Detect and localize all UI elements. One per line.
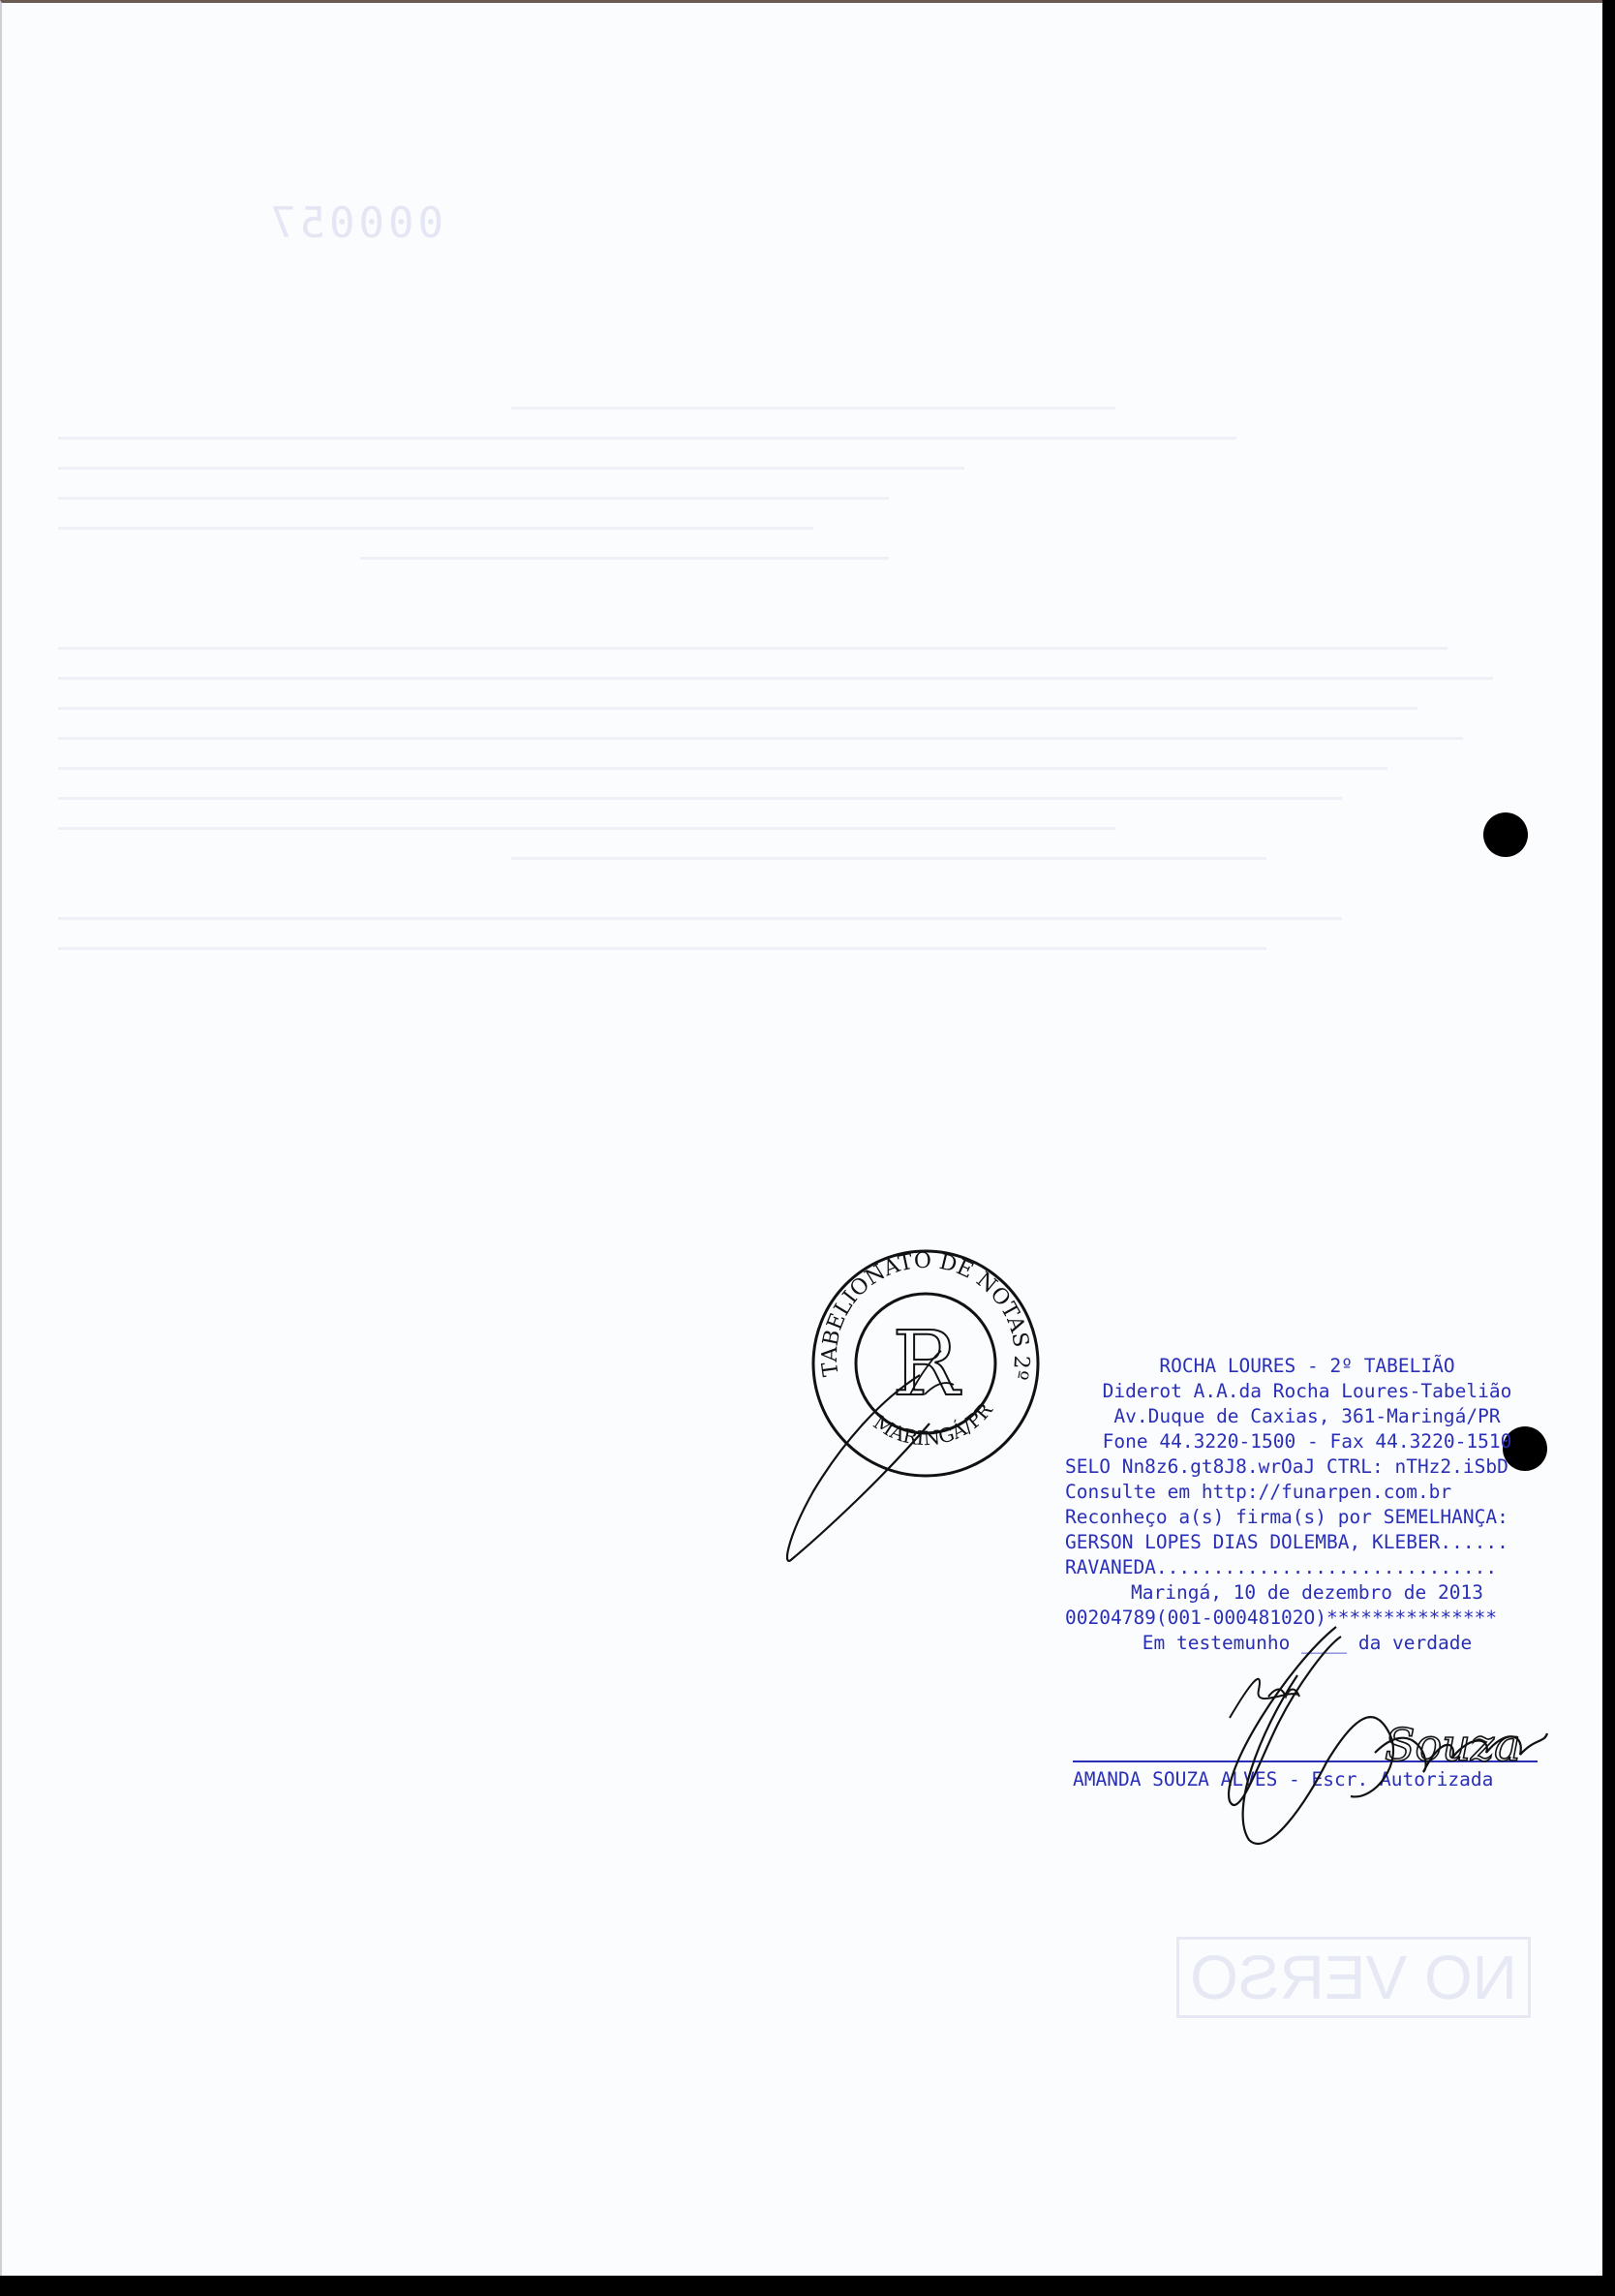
stamp-line: GERSON LOPES DIAS DOLEMBA, KLEBER......: [1065, 1530, 1549, 1555]
stamp-line: Em testemunho ____ da verdade: [1065, 1631, 1549, 1656]
scan-edge-right: [1602, 0, 1615, 2296]
stamp-line: Reconheço a(s) firma(s) por SEMELHANÇA:: [1065, 1505, 1549, 1530]
bleed-through-text: [58, 407, 1569, 977]
no-verso-stamp-mirrored: NO VERSO: [1176, 1937, 1531, 2018]
stamp-line: Diderot A.A.da Rocha Loures-Tabelião: [1065, 1379, 1549, 1404]
seal-monogram: R: [892, 1312, 961, 1416]
stamp-line: Maringá, 10 de dezembro de 2013: [1065, 1580, 1549, 1606]
stamp-line: SELO Nn8z6.gt8J8.wrOaJ CTRL: nTHz2.iSbD: [1065, 1454, 1549, 1480]
punch-hole-mark: [1483, 812, 1528, 857]
stamp-line: RAVANEDA..............................: [1065, 1555, 1549, 1580]
notary-seal: TABELIONATO DE NOTAS 2º OFÍCIO MARINGÁ/P…: [809, 1247, 1042, 1480]
signature-line: [1073, 1760, 1538, 1762]
stamp-line: Av.Duque de Caxias, 361-Maringá/PR: [1065, 1404, 1549, 1429]
notary-stamp-text: ROCHA LOURES - 2º TABELIÃO Diderot A.A.d…: [1065, 1354, 1549, 1656]
stamp-line: Fone 44.3220-1500 - Fax 44.3220-1510: [1065, 1429, 1549, 1454]
scan-edge-bottom: [0, 2276, 1615, 2296]
page-number-mirrored: 000057: [266, 199, 443, 248]
stamp-line: ROCHA LOURES - 2º TABELIÃO: [1065, 1354, 1549, 1379]
signatory-name: AMANDA SOUZA ALVES - Escr. Autorizada: [1073, 1768, 1493, 1791]
stamp-line: 00204789(001-00048102O)***************: [1065, 1606, 1549, 1631]
stamp-line: Consulte em http://funarpen.com.br: [1065, 1480, 1549, 1505]
